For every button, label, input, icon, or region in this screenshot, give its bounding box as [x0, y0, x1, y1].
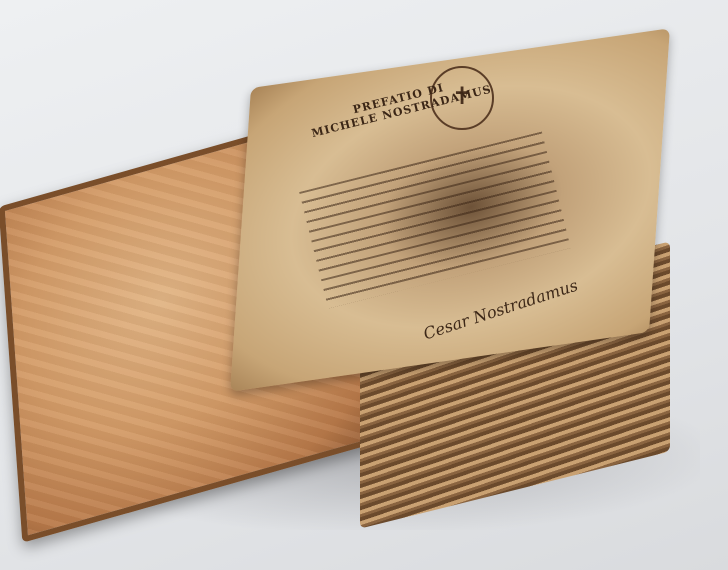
photo-scene: ✝ PREFATIO DI MICHELE NOSTRADAMUS Cesar … [0, 0, 728, 570]
